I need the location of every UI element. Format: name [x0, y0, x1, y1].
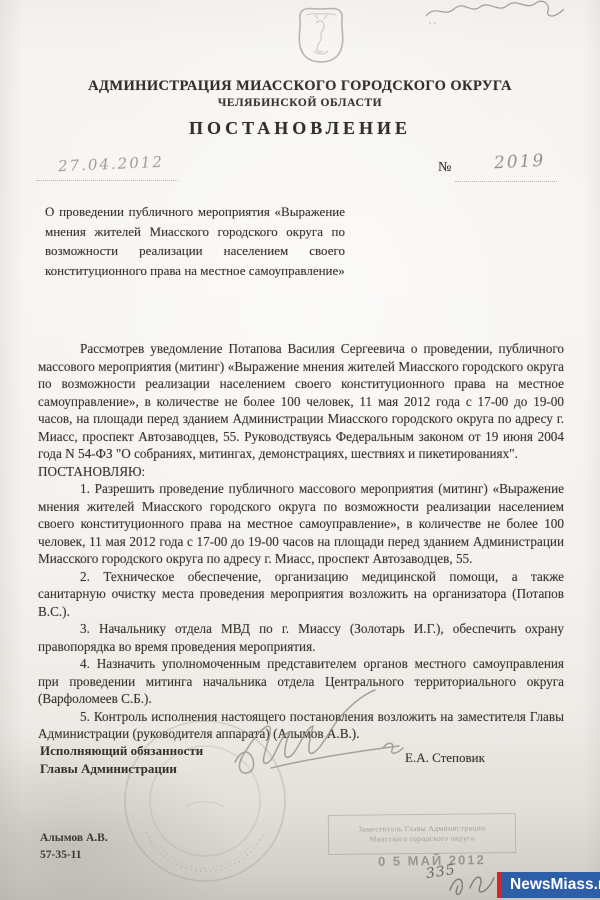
subject-paragraph: О проведении публичного мероприятия «Выр…: [45, 202, 345, 280]
resolution-word: ПОСТАНОВЛЯЮ:: [38, 463, 564, 481]
signatory-name: Е.А. Степовик: [405, 750, 485, 766]
handwritten-date: 27.04.2012: [58, 153, 165, 176]
org-name-line1: АДМИНИСТРАЦИЯ МИАССКОГО ГОРОДСКОГО ОКРУГ…: [0, 78, 600, 95]
rect-stamp: Заместитель Главы Администрации Миасског…: [328, 813, 516, 855]
rect-stamp-line2: Миасского городского округа: [370, 833, 475, 844]
coat-of-arms-icon: [294, 5, 348, 65]
executor-name: Алымов А.В.: [40, 830, 108, 847]
official-seal-icon: [116, 712, 294, 890]
org-name-line2: ЧЕЛЯБИНСКОЙ ОБЛАСТИ: [0, 97, 600, 109]
resolution-item-2: 2. Техническое обеспечение, организацию …: [38, 568, 564, 621]
preamble-paragraph: Рассмотрев уведомление Потапова Василия …: [38, 340, 564, 463]
executor-block: Алымов А.В. 57-35-11: [40, 830, 108, 864]
executor-phone: 57-35-11: [40, 847, 108, 864]
watermark-badge: NewsMiass.ru: [497, 872, 600, 898]
number-dotted-line: [455, 180, 557, 182]
handwritten-scribble-top: [422, 0, 572, 26]
date-dotted-line: [36, 179, 178, 181]
handwritten-number: 2019: [494, 151, 546, 174]
watermark-label: NewsMiass.ru: [502, 872, 600, 898]
resolution-body: Рассмотрев уведомление Потапова Василия …: [38, 340, 564, 743]
resolution-item-1: 1. Разрешить проведение публичного массо…: [38, 480, 564, 568]
document-type-title: ПОСТАНОВЛЕНИЕ: [0, 118, 600, 139]
scanned-document-page: { "header": { "org_line1": "АДМИНИСТРАЦИ…: [0, 0, 600, 900]
resolution-item-3: 3. Начальнику отдела МВД по г. Миассу (З…: [38, 620, 564, 655]
number-label: №: [438, 160, 451, 176]
